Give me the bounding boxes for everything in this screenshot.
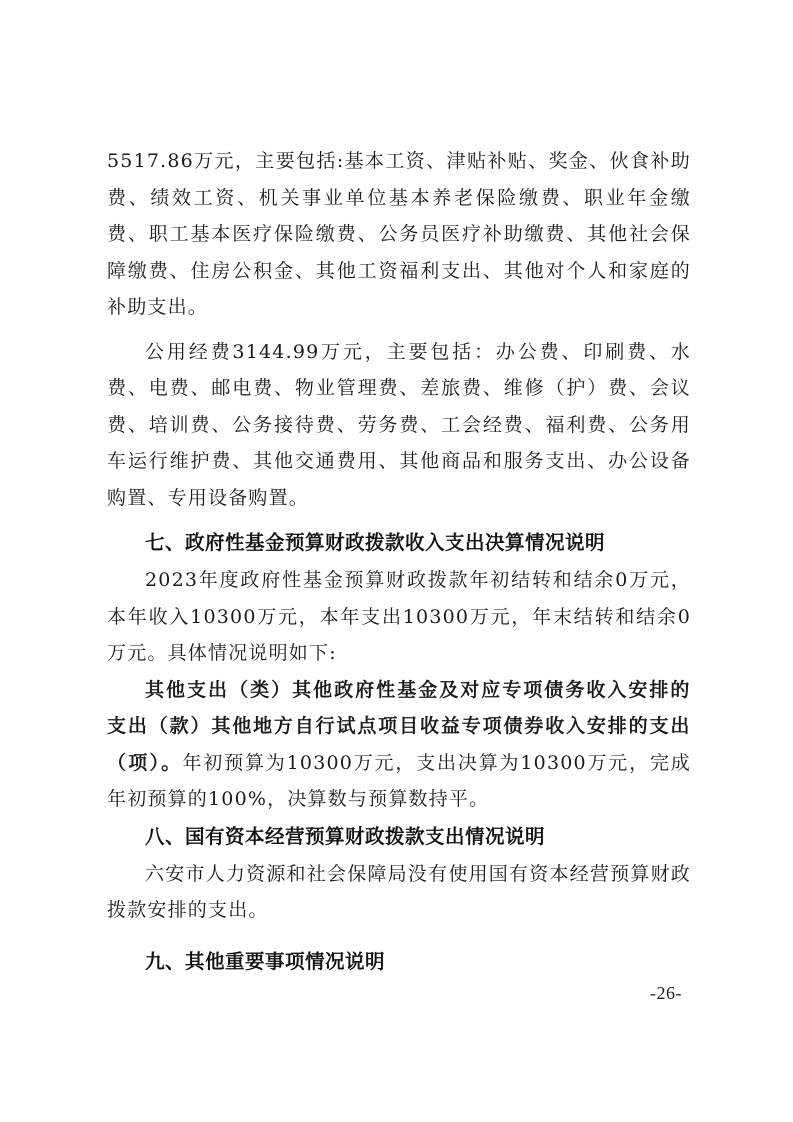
public-expense-paragraph: 公用经费3144.99万元，主要包括：办公费、印刷费、水费、电费、邮电费、物业管…	[107, 334, 691, 517]
section-7-item-text: 年初预算为10300万元，支出决算为10300万元，完成年初预算的100%，决算…	[107, 752, 691, 811]
section-7-summary: 2023年度政府性基金预算财政拨款年初结转和结余0万元，本年收入10300万元，…	[107, 562, 691, 672]
section-8-heading: 八、国有资本经营预算财政拨款支出情况说明	[107, 818, 691, 856]
page-content: 5517.86万元，主要包括:基本工资、津贴补贴、奖金、伙食补助费、绩效工资、机…	[107, 143, 691, 981]
section-8-paragraph: 六安市人力资源和社会保障局没有使用国有资本经营预算财政拨款安排的支出。	[107, 856, 691, 929]
section-7-item: 其他支出（类）其他政府性基金及对应专项债务收入安排的支出（款）其他地方自行试点项…	[107, 672, 691, 818]
section-9-heading: 九、其他重要事项情况说明	[107, 943, 691, 981]
personnel-expense-paragraph: 5517.86万元，主要包括:基本工资、津贴补贴、奖金、伙食补助费、绩效工资、机…	[107, 143, 691, 326]
document-page: 5517.86万元，主要包括:基本工资、津贴补贴、奖金、伙食补助费、绩效工资、机…	[0, 0, 793, 1122]
section-7-heading: 七、政府性基金预算财政拨款收入支出决算情况说明	[107, 524, 691, 562]
page-number: -26-	[650, 983, 682, 1004]
